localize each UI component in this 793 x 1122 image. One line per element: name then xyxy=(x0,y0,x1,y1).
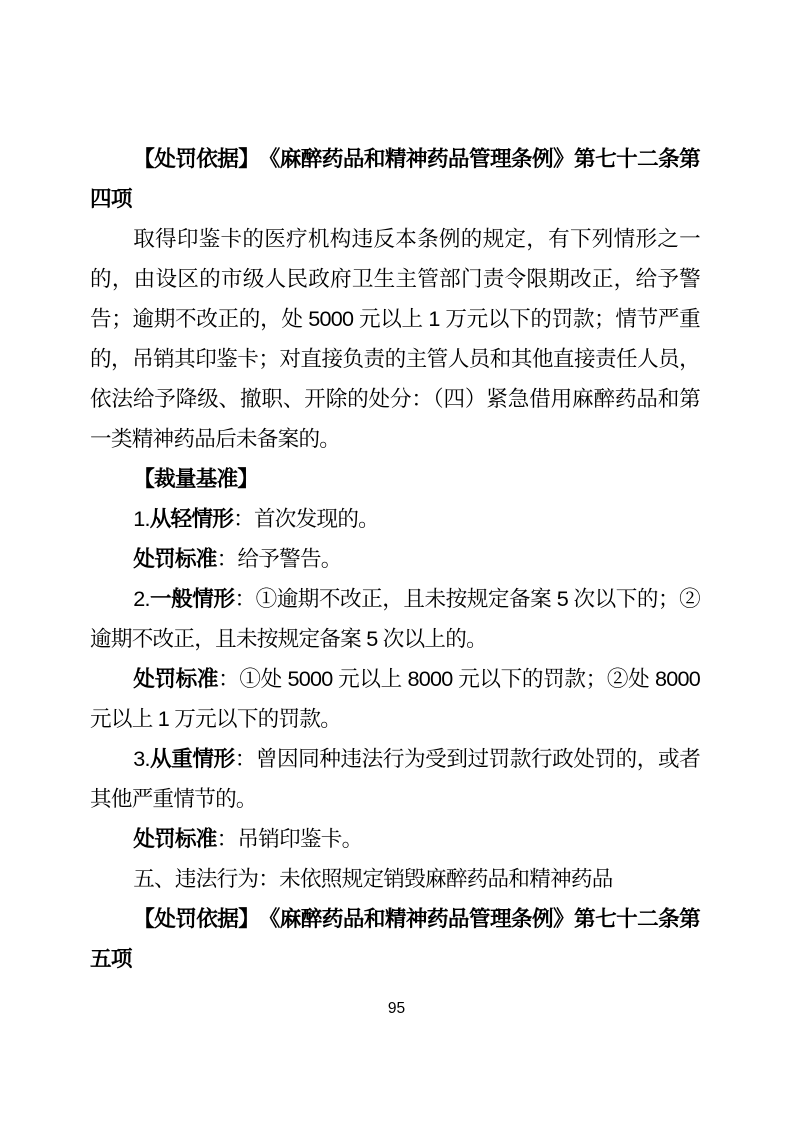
item-term: 处罚标准 xyxy=(133,546,216,571)
item-term: 处罚标准 xyxy=(133,666,218,691)
statute-text-item4: 取得印鉴卡的医疗机构违反本条例的规定，有下列情形之一的，由设区的市级人民政府卫生… xyxy=(90,219,700,459)
item-term: 处罚标准 xyxy=(133,826,216,851)
item-number: 1. xyxy=(133,506,150,531)
item-term: 从重情形 xyxy=(150,746,235,771)
item-number: 3. xyxy=(133,746,150,771)
general-circumstance-item: 2.一般情形：①逾期不改正，且未按规定备案 5 次以下的；②逾期不改正，且未按规… xyxy=(90,579,700,659)
severe-circumstance-item: 3.从重情形：曾因同种违法行为受到过罚款行政处罚的，或者其他严重情节的。 xyxy=(90,739,700,819)
lenient-circumstance-item: 1.从轻情形：首次发现的。 xyxy=(90,499,700,539)
item-term: 从轻情形 xyxy=(150,506,233,531)
penalty-standard-2: 处罚标准：①处 5000 元以上 8000 元以下的罚款；②处 8000 元以上… xyxy=(90,659,700,739)
page-number: 95 xyxy=(0,1000,793,1018)
item-text: ：首次发现的。 xyxy=(233,506,379,531)
penalty-basis-heading-item5: 【处罚依据】 《麻醉药品和精神药品管理条例》第七十二条第五项 xyxy=(90,899,700,979)
penalty-basis-heading-item4: 【处罚依据】 《麻醉药品和精神药品管理条例》第七十二条第四项 xyxy=(90,139,700,219)
document-page: 【处罚依据】 《麻醉药品和精神药品管理条例》第七十二条第四项 取得印鉴卡的医疗机… xyxy=(0,0,793,1122)
penalty-standard-1: 处罚标准：给予警告。 xyxy=(90,539,700,579)
penalty-standard-3: 处罚标准：吊销印鉴卡。 xyxy=(90,819,700,859)
item-term: 一般情形 xyxy=(150,586,235,611)
discretion-benchmark-heading: 【裁量基准】 xyxy=(90,459,700,499)
item-number: 2. xyxy=(133,586,150,611)
item-text: ：吊销印鉴卡。 xyxy=(217,826,363,851)
violation-act-item5: 五、违法行为：未依照规定销毁麻醉药品和精神药品 xyxy=(90,859,700,899)
item-text: ：给予警告。 xyxy=(217,546,342,571)
